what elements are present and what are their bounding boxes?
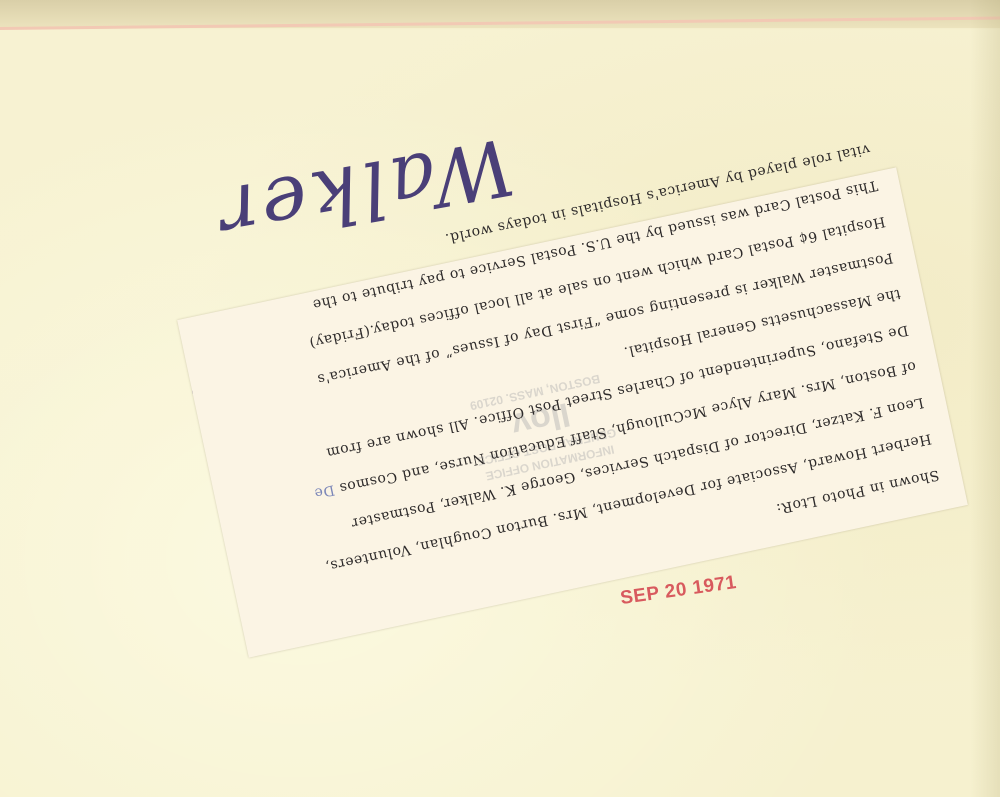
overflow-fragment: De: [312, 481, 336, 501]
right-edge-shadow: [970, 0, 1000, 797]
